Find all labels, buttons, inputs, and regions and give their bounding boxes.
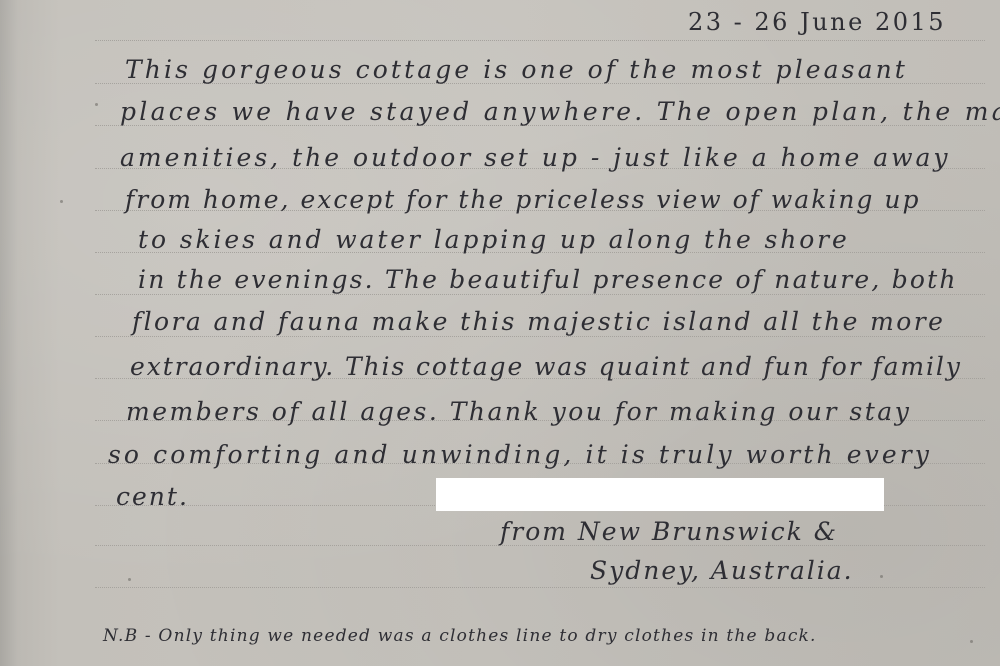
ruled-line xyxy=(95,40,985,41)
body-line: extraordinary. This cottage was quaint a… xyxy=(130,352,962,381)
body-line: flora and fauna make this majestic islan… xyxy=(132,307,945,336)
body-line: in the evenings. The beautiful presence … xyxy=(138,265,958,294)
body-line: to skies and water lapping up along the … xyxy=(138,225,850,254)
body-line: amenities, the outdoor set up - just lik… xyxy=(120,143,951,172)
body-line: so comforting and unwinding, it is truly… xyxy=(108,440,932,469)
body-line: cent. xyxy=(116,482,189,511)
guestbook-page: 23 - 26 June 2015 This gorgeous cottage … xyxy=(0,0,1000,666)
paper-speck xyxy=(60,200,63,203)
body-line: This gorgeous cottage is one of the most… xyxy=(125,55,908,84)
ruled-line xyxy=(95,336,985,337)
body-line: members of all ages. Thank you for makin… xyxy=(126,397,911,426)
footnote-nb: N.B - Only thing we needed was a clothes… xyxy=(103,626,817,646)
paper-speck xyxy=(880,575,883,578)
ruled-line xyxy=(95,587,985,588)
body-line: places we have stayed anywhere. The open… xyxy=(120,97,1000,126)
redacted-signature-box xyxy=(436,478,884,511)
paper-speck xyxy=(128,578,131,581)
paper-speck xyxy=(970,640,973,643)
signature-origin-line: Sydney, Australia. xyxy=(590,556,854,585)
paper-speck xyxy=(95,103,98,106)
ruled-line xyxy=(95,294,985,295)
signature-origin-line: from New Brunswick & xyxy=(500,517,838,546)
body-line: from home, except for the priceless view… xyxy=(125,185,921,214)
entry-date: 23 - 26 June 2015 xyxy=(688,8,946,36)
